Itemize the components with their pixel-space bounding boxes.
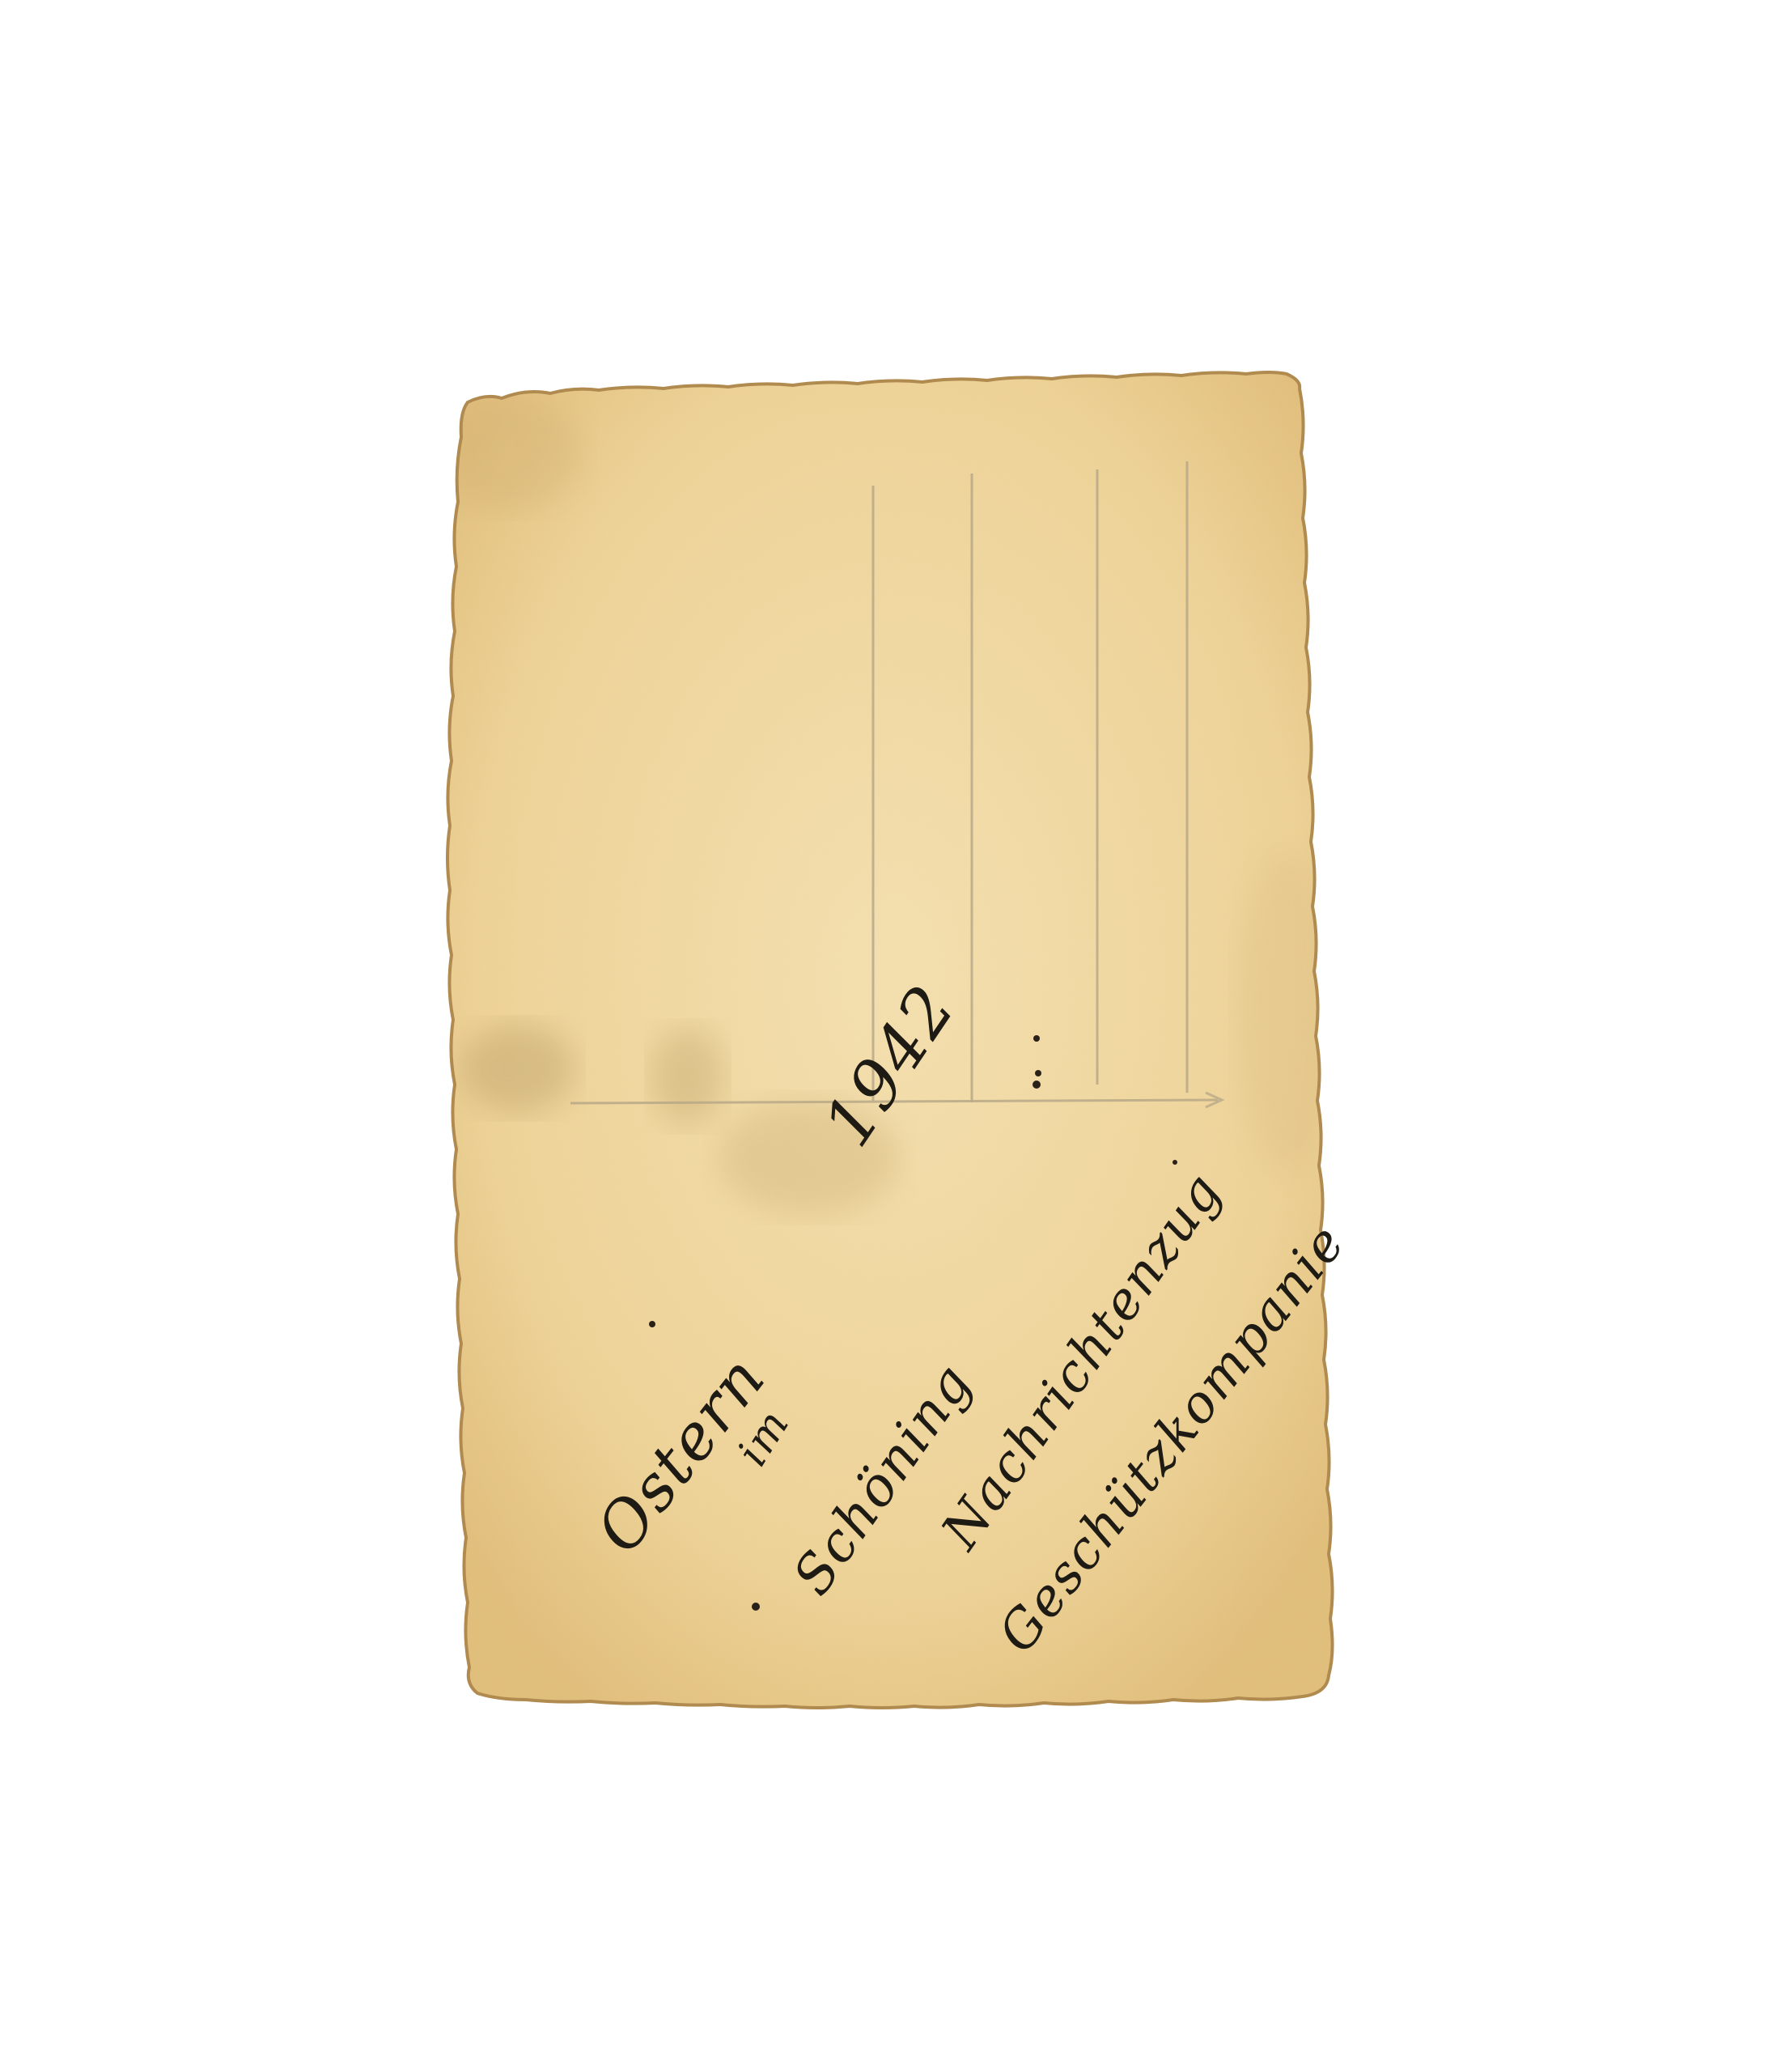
postcard-back: Ostern 1942 im Schöning Nachrichtenzug G… (0, 0, 1781, 2072)
